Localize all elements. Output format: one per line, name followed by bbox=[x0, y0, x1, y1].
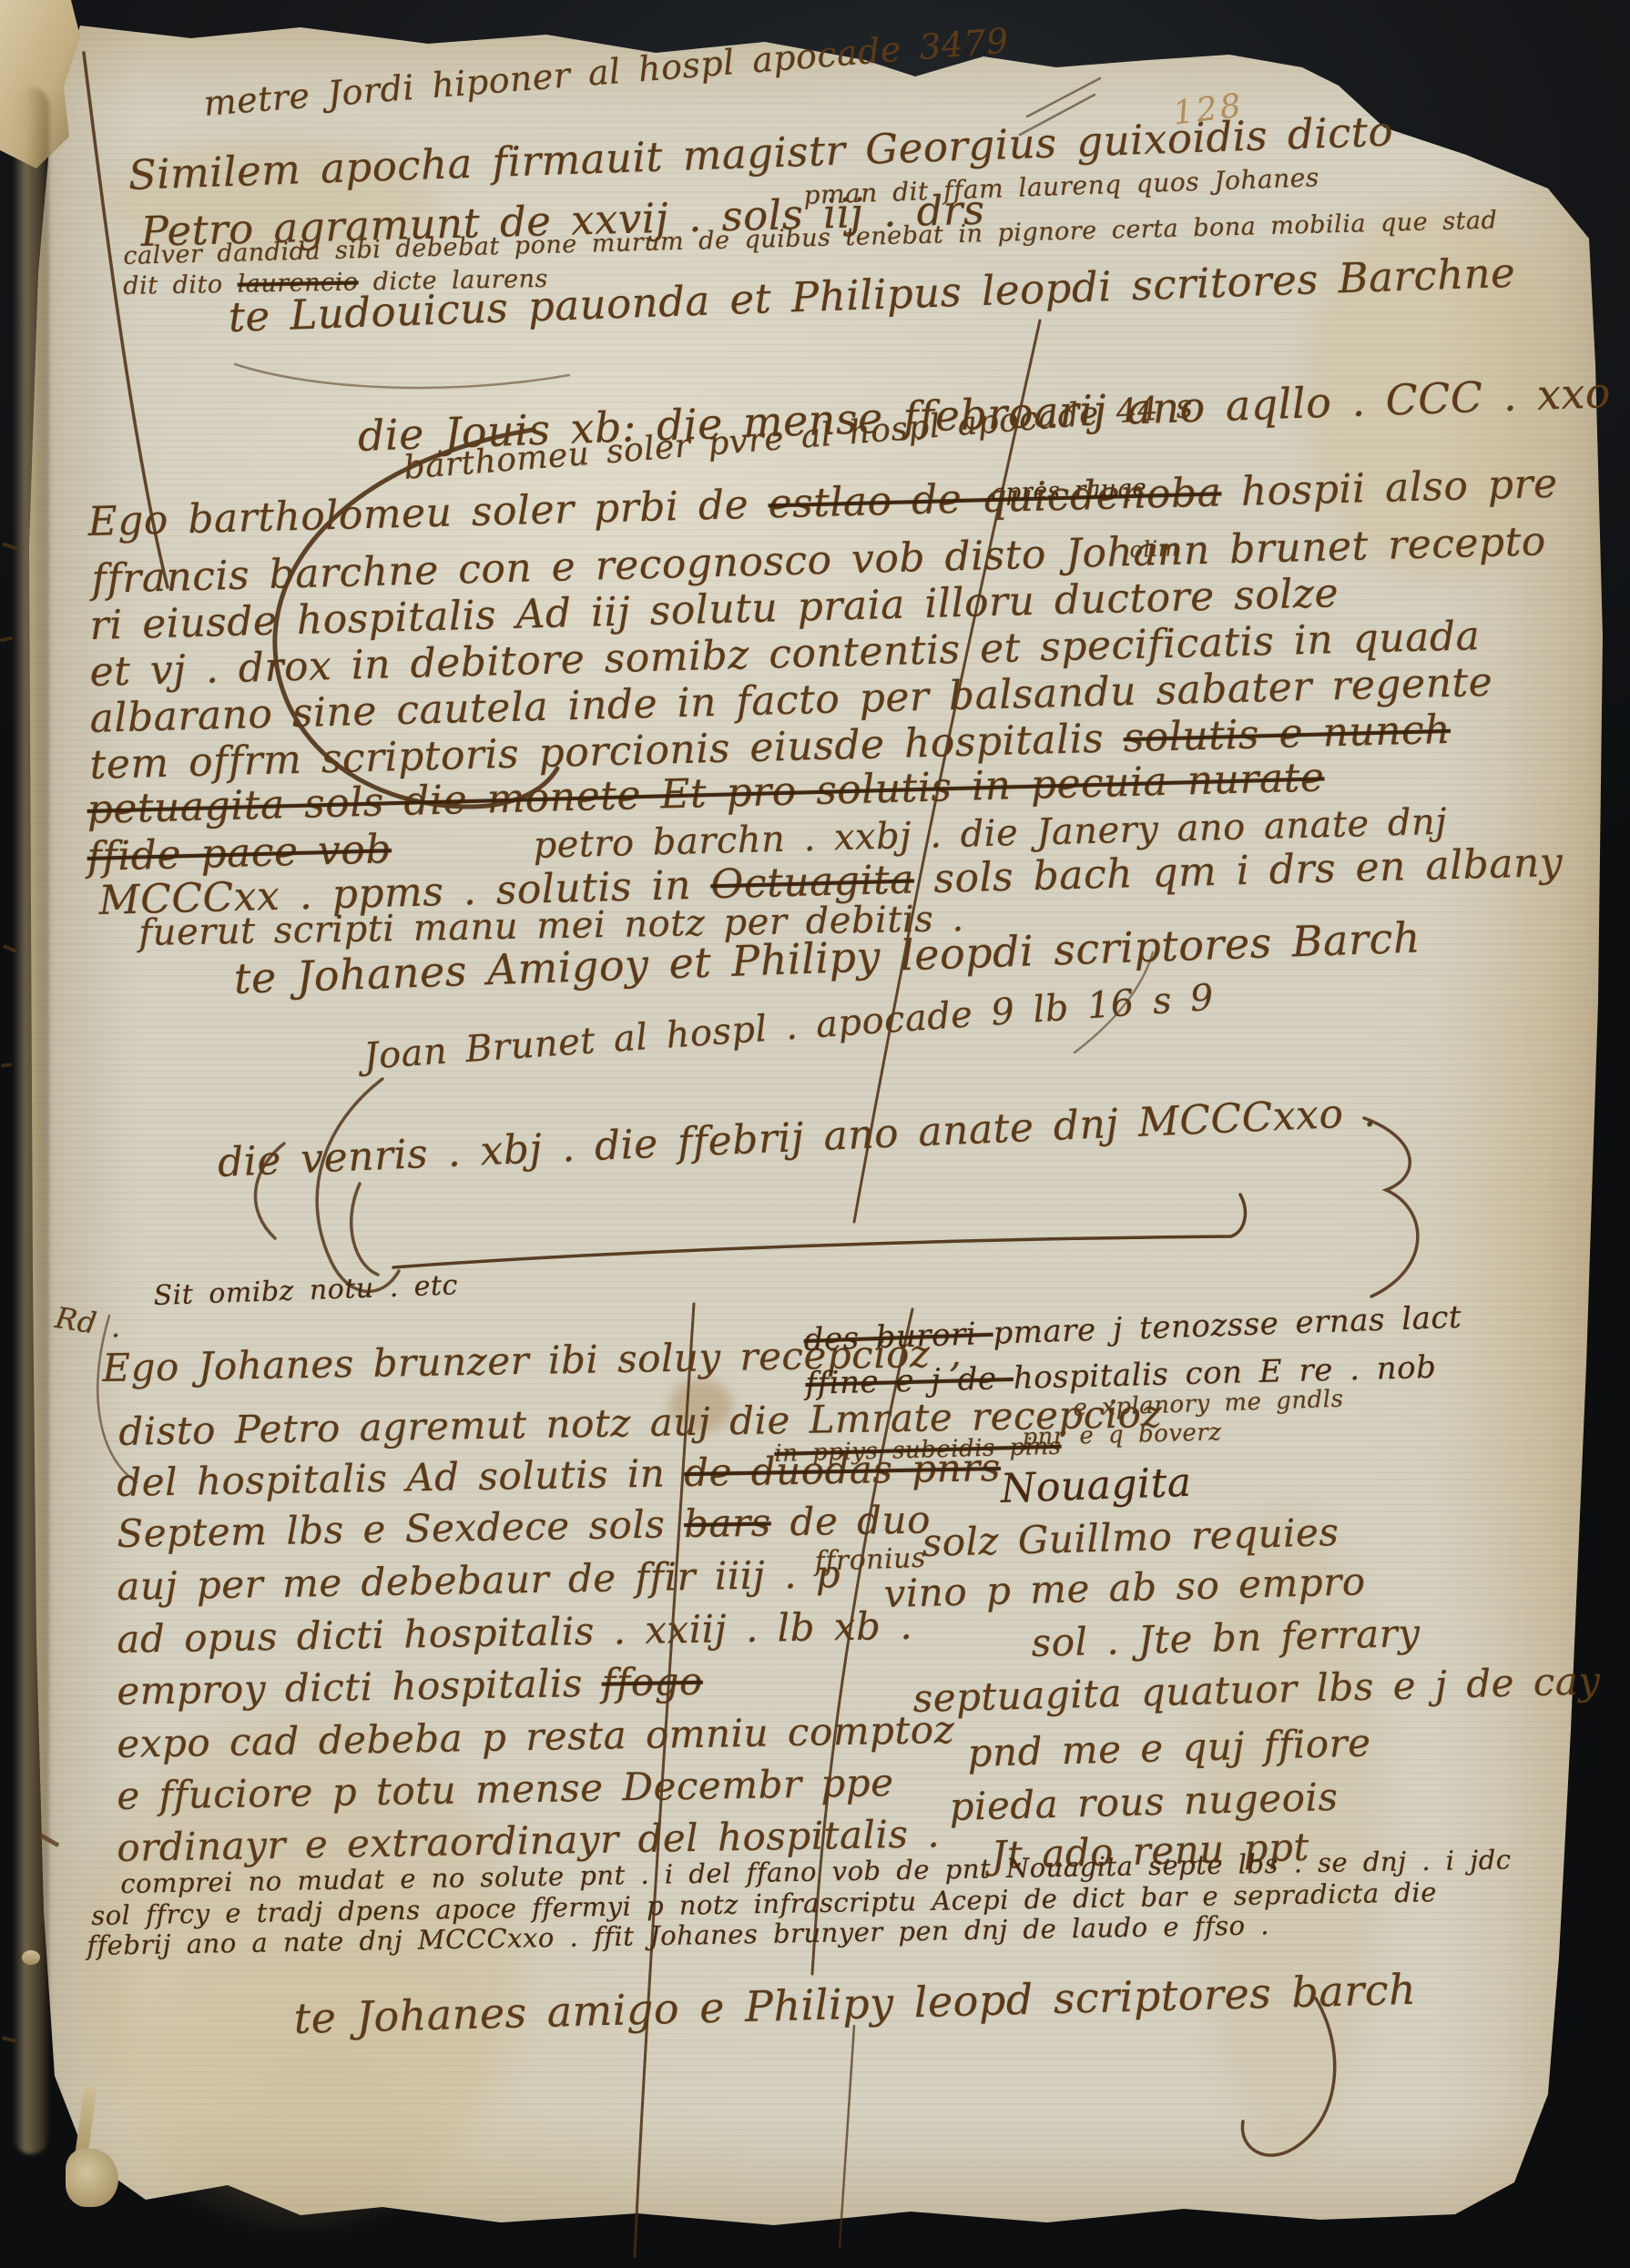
binding-thread-tassel bbox=[66, 2149, 118, 2207]
binding-stitch-knot bbox=[22, 1950, 40, 1965]
struck-text-segment: ffogo bbox=[601, 1659, 703, 1705]
facing-page-text-fragment bbox=[1, 1063, 12, 1068]
gutter-fold-shadow bbox=[13, 87, 49, 2154]
struck-text-segment: bars bbox=[684, 1500, 771, 1546]
text-segment: emproy dicti hospitalis bbox=[117, 1661, 602, 1714]
text-segment: de duo bbox=[770, 1497, 931, 1544]
p3-nonagita: Nouagita bbox=[1000, 1459, 1192, 1512]
text-segment: Nouagita bbox=[1000, 1459, 1192, 1512]
manuscript-scan: metre Jordi hiponer al hospl apocade 347… bbox=[0, 0, 1630, 2268]
text-segment: dit dito bbox=[123, 270, 238, 300]
facing-page-text-fragment bbox=[0, 636, 13, 643]
struck-text-segment: des burori bbox=[803, 1316, 993, 1358]
struck-text-segment: solutis e nunch bbox=[1123, 707, 1452, 761]
text-segment: hospii also pre bbox=[1221, 461, 1559, 516]
